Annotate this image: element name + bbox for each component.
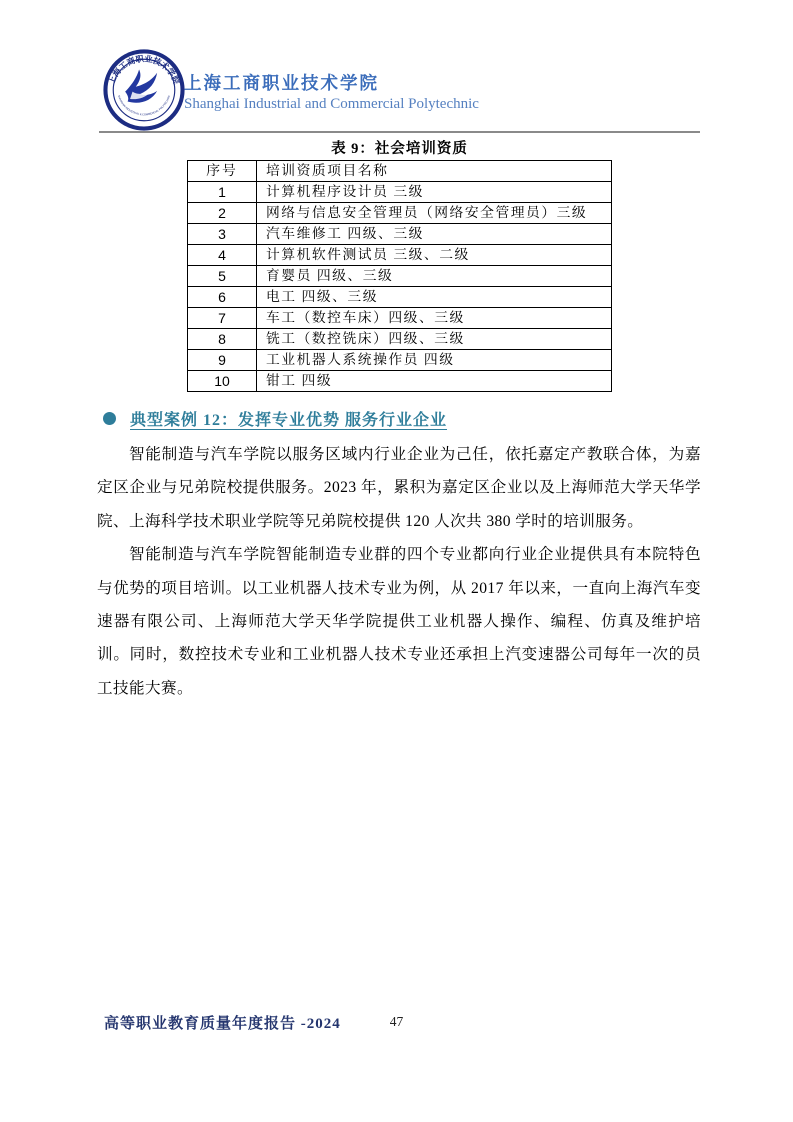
page-number: 47 bbox=[390, 1014, 404, 1030]
cell-index: 3 bbox=[188, 224, 257, 245]
cell-qualification: 育婴员 四级、三级 bbox=[257, 266, 612, 287]
cell-qualification: 钳工 四级 bbox=[257, 371, 612, 392]
table-row: 8铣工（数控铣床）四级、三级 bbox=[188, 329, 612, 350]
table-row: 3汽车维修工 四级、三级 bbox=[188, 224, 612, 245]
cell-index: 2 bbox=[188, 203, 257, 224]
cell-qualification: 工业机器人系统操作员 四级 bbox=[257, 350, 612, 371]
table-row: 6电工 四级、三级 bbox=[188, 287, 612, 308]
school-name-en: Shanghai Industrial and Commercial Polyt… bbox=[184, 96, 479, 113]
table-body: 1计算机程序设计员 三级2网络与信息安全管理员（网络安全管理员）三级3汽车维修工… bbox=[188, 182, 612, 392]
cell-index: 8 bbox=[188, 329, 257, 350]
cell-index: 7 bbox=[188, 308, 257, 329]
case-study-body: 智能制造与汽车学院以服务区域内行业企业为己任，依托嘉定产教联合体，为嘉定区企业与… bbox=[97, 438, 701, 705]
cell-index: 4 bbox=[188, 245, 257, 266]
column-header-index: 序号 bbox=[188, 161, 257, 182]
cell-qualification: 网络与信息安全管理员（网络安全管理员）三级 bbox=[257, 203, 612, 224]
paragraph: 智能制造与汽车学院以服务区域内行业企业为己任，依托嘉定产教联合体，为嘉定区企业与… bbox=[97, 438, 701, 538]
cell-index: 6 bbox=[188, 287, 257, 308]
school-logo-icon: 上海工商职业技术学院 SHANGHAI INDUSTRIAL & COMMERC… bbox=[103, 49, 185, 131]
cell-qualification: 汽车维修工 四级、三级 bbox=[257, 224, 612, 245]
document-page: 上海工商职业技术学院 SHANGHAI INDUSTRIAL & COMMERC… bbox=[0, 0, 793, 1122]
cell-index: 5 bbox=[188, 266, 257, 287]
training-qualification-table: 序号 培训资质项目名称 1计算机程序设计员 三级2网络与信息安全管理员（网络安全… bbox=[187, 160, 612, 392]
table-row: 4计算机软件测试员 三级、二级 bbox=[188, 245, 612, 266]
table-row: 7车工（数控车床）四级、三级 bbox=[188, 308, 612, 329]
table-row: 1计算机程序设计员 三级 bbox=[188, 182, 612, 203]
cell-qualification: 计算机程序设计员 三级 bbox=[257, 182, 612, 203]
column-header-name: 培训资质项目名称 bbox=[257, 161, 612, 182]
cell-qualification: 电工 四级、三级 bbox=[257, 287, 612, 308]
school-name-zh: 上海工商职业技术学院 bbox=[184, 70, 379, 95]
table-row: 10钳工 四级 bbox=[188, 371, 612, 392]
table-header-row: 序号 培训资质项目名称 bbox=[188, 161, 612, 182]
table-row: 5育婴员 四级、三级 bbox=[188, 266, 612, 287]
page-footer: 高等职业教育质量年度报告 -2024 47 bbox=[0, 1012, 793, 1038]
table-row: 9工业机器人系统操作员 四级 bbox=[188, 350, 612, 371]
cell-index: 1 bbox=[188, 182, 257, 203]
bullet-icon bbox=[103, 412, 116, 425]
cell-qualification: 铣工（数控铣床）四级、三级 bbox=[257, 329, 612, 350]
cell-qualification: 车工（数控车床）四级、三级 bbox=[257, 308, 612, 329]
cell-index: 9 bbox=[188, 350, 257, 371]
report-title: 高等职业教育质量年度报告 -2024 bbox=[104, 1012, 341, 1033]
paragraph: 智能制造与汽车学院智能制造专业群的四个专业都向行业企业提供具有本院特色与优势的项… bbox=[97, 538, 701, 705]
header-divider bbox=[99, 131, 700, 133]
case-study-heading: 典型案例 12：发挥专业优势 服务行业企业 bbox=[130, 407, 447, 430]
cell-index: 10 bbox=[188, 371, 257, 392]
case-study-heading-row: 典型案例 12：发挥专业优势 服务行业企业 bbox=[103, 407, 447, 430]
table-row: 2网络与信息安全管理员（网络安全管理员）三级 bbox=[188, 203, 612, 224]
table-caption: 表 9：社会培训资质 bbox=[187, 137, 612, 158]
cell-qualification: 计算机软件测试员 三级、二级 bbox=[257, 245, 612, 266]
